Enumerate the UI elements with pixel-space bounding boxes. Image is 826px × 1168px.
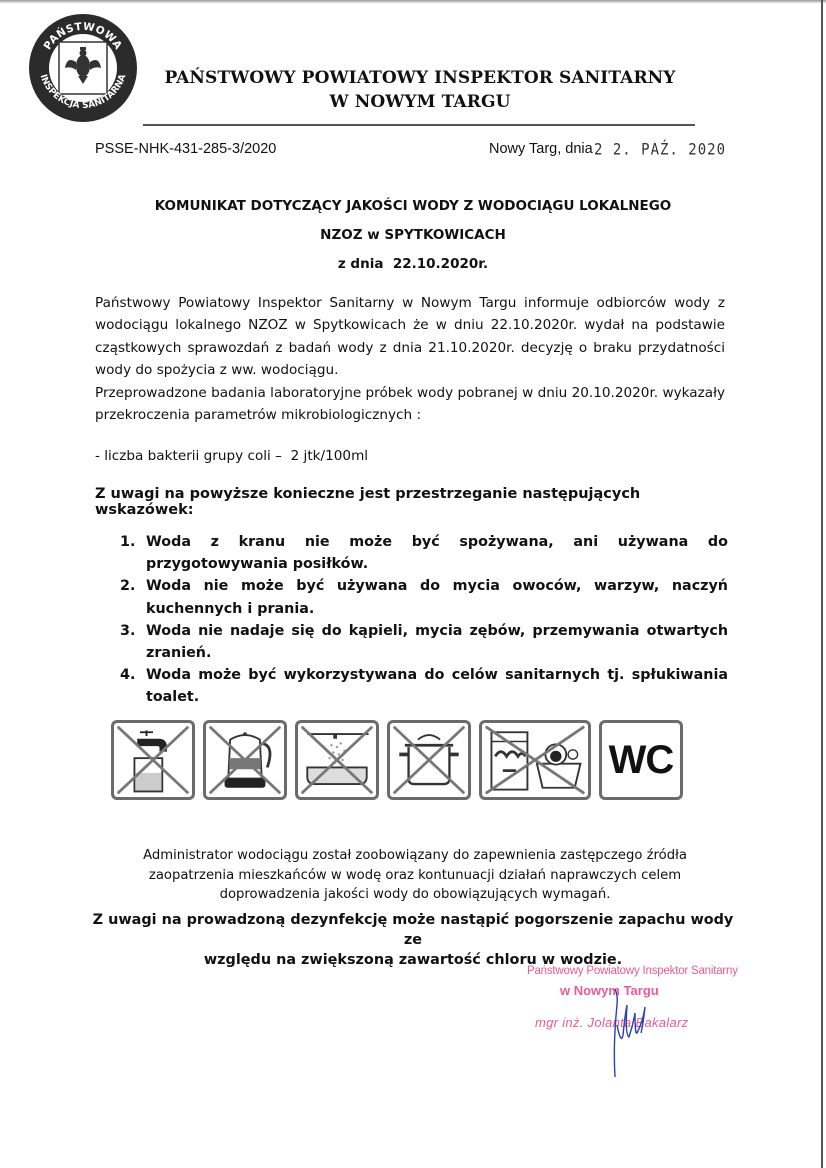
guidelines-list: 1.Woda z kranu nie może być spożywana, a…: [120, 531, 728, 709]
body-paragraphs: Państwowy Powiatowy Inspektor Sanitarny …: [95, 292, 725, 426]
inspection-logo: PAŃSTWOWA INSPEKCJA SANITARNA: [27, 12, 139, 124]
no-bathing-icon: [295, 720, 379, 800]
eagle-emblem-icon: PAŃSTWOWA INSPEKCJA SANITARNA: [27, 12, 139, 124]
place-date-label: Nowy Targ, dnia: [489, 141, 593, 157]
issuer-title-line2: W NOWYM TARGU: [140, 90, 700, 114]
paragraph-decision: Państwowy Powiatowy Inspektor Sanitarny …: [95, 292, 725, 382]
title-line3: z dnia 22.10.2020r.: [100, 250, 726, 279]
chlorine-warning: Z uwagi na prowadzoną dezynfekcję może n…: [85, 910, 741, 970]
page-edge: [0, 0, 826, 3]
stamped-date: 2 2. PAŹ. 2020: [594, 141, 726, 159]
title-line1: KOMUNIKAT DOTYCZĄCY JAKOŚCI WODY Z WODOC…: [100, 192, 726, 221]
handwritten-signature: [585, 985, 665, 1080]
pictogram-row: WC: [111, 720, 711, 802]
document-title: KOMUNIKAT DOTYCZĄCY JAKOŚCI WODY Z WODOC…: [100, 192, 726, 279]
guideline-item: 3.Woda nie nadaje się do kąpieli, mycia …: [120, 620, 728, 664]
reference-number: PSSE-NHK-431-285-3/2020: [95, 141, 276, 157]
no-cooking-pot-icon: [387, 720, 471, 800]
exceedance-item: - liczba bakterii grupy coli – 2 jtk/100…: [95, 448, 368, 464]
issuer-title-line1: PAŃSTWOWY POWIATOWY INSPEKTOR SANITARNY: [140, 66, 700, 90]
no-tap-water-drinking-icon: [111, 720, 195, 800]
guideline-item: 1.Woda z kranu nie może być spożywana, a…: [120, 531, 728, 575]
wc-icon: WC: [599, 720, 683, 800]
paragraph-lab-results: Przeprowadzone badania laboratoryjne pró…: [95, 382, 725, 427]
seal-line1: Państwowy Powiatowy Inspektor Sanitarny: [527, 965, 738, 977]
title-line2: NZOZ w SPYTKOWICACH: [100, 221, 726, 250]
guideline-item: 2.Woda nie może być używana do mycia owo…: [120, 575, 728, 619]
administrator-notice: Administrator wodociągu został zoobowiąz…: [95, 846, 735, 905]
header-divider: [143, 124, 695, 126]
wc-label: WC: [602, 723, 680, 797]
no-dishwashing-icon: [479, 720, 591, 800]
issuer-title: PAŃSTWOWY POWIATOWY INSPEKTOR SANITARNY …: [140, 66, 700, 114]
guideline-item: 4.Woda może być wykorzystywana do celów …: [120, 664, 728, 708]
page-edge: [821, 0, 823, 1168]
guidelines-heading: Z uwagi na powyższe konieczne jest przes…: [95, 486, 735, 518]
no-kettle-icon: [203, 720, 287, 800]
